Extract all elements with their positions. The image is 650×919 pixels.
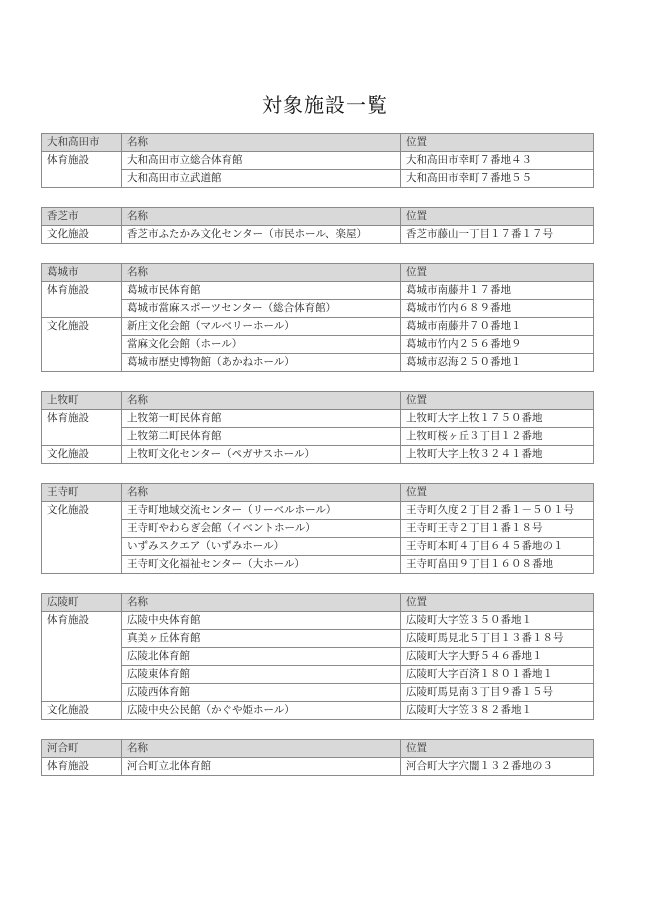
facility-category: 文化施設 bbox=[42, 318, 122, 372]
facility-category: 体育施設 bbox=[42, 758, 122, 776]
table-row: 体育施設 広陵中央体育館 広陵町大字笠３５０番地１ bbox=[42, 612, 594, 630]
municipality-name: 王寺町 bbox=[42, 484, 122, 502]
facility-name: 香芝市ふたかみ文化センター（市民ホール、楽屋） bbox=[122, 226, 401, 244]
facility-category: 体育施設 bbox=[42, 612, 122, 702]
table-row: 當麻文化会館（ホール） 葛城市竹内２５６番地９ bbox=[42, 336, 594, 354]
facility-location: 王寺町畠田９丁目１６０８番地 bbox=[401, 556, 594, 574]
column-header-location: 位置 bbox=[401, 594, 594, 612]
facility-name: 葛城市歴史博物館（あかねホール） bbox=[122, 354, 401, 372]
facility-category: 文化施設 bbox=[42, 226, 122, 244]
column-header-location: 位置 bbox=[401, 208, 594, 226]
municipality-name: 香芝市 bbox=[42, 208, 122, 226]
facility-location: 王寺町久度２丁目２番１－５０１号 bbox=[401, 502, 594, 520]
facility-location: 大和高田市幸町７番地４３ bbox=[401, 152, 594, 170]
column-header-location: 位置 bbox=[401, 392, 594, 410]
municipality-table: 上牧町 名称 位置 体育施設 上牧第一町民体育館 上牧町大字上牧１７５０番地 上… bbox=[41, 391, 594, 464]
facility-name: 広陵西体育館 bbox=[122, 684, 401, 702]
table-header-row: 河合町 名称 位置 bbox=[42, 740, 594, 758]
facility-location: 広陵町大字笠３８２番地１ bbox=[401, 702, 594, 720]
table-row: 文化施設 新庄文化会館（マルベリーホール） 葛城市南藤井７０番地１ bbox=[42, 318, 594, 336]
facility-location: 葛城市南藤井１７番地 bbox=[401, 282, 594, 300]
facility-category: 体育施設 bbox=[42, 152, 122, 188]
municipality-table: 王寺町 名称 位置 文化施設 王寺町地域交流センター（リーベルホール） 王寺町久… bbox=[41, 483, 594, 574]
facility-name: 王寺町文化福祉センター（大ホール） bbox=[122, 556, 401, 574]
table-row: 体育施設 葛城市民体育館 葛城市南藤井１７番地 bbox=[42, 282, 594, 300]
facility-name: 広陵中央体育館 bbox=[122, 612, 401, 630]
column-header-name: 名称 bbox=[122, 594, 401, 612]
municipality-name: 広陵町 bbox=[42, 594, 122, 612]
table-row: 上牧第二町民体育館 上牧町桜ヶ丘３丁目１２番地 bbox=[42, 428, 594, 446]
municipality-name: 上牧町 bbox=[42, 392, 122, 410]
table-row: 体育施設 上牧第一町民体育館 上牧町大字上牧１７５０番地 bbox=[42, 410, 594, 428]
column-header-name: 名称 bbox=[122, 134, 401, 152]
municipality-name: 葛城市 bbox=[42, 264, 122, 282]
facility-name: 上牧第二町民体育館 bbox=[122, 428, 401, 446]
facility-name: 新庄文化会館（マルベリーホール） bbox=[122, 318, 401, 336]
facility-name: 広陵東体育館 bbox=[122, 666, 401, 684]
municipality-table: 香芝市 名称 位置 文化施設 香芝市ふたかみ文化センター（市民ホール、楽屋） 香… bbox=[41, 207, 594, 244]
table-row: 文化施設 王寺町地域交流センター（リーベルホール） 王寺町久度２丁目２番１－５０… bbox=[42, 502, 594, 520]
facility-location: 河合町大字穴闇１３２番地の３ bbox=[401, 758, 594, 776]
facility-name: 広陵中央公民館（かぐや姫ホール） bbox=[122, 702, 401, 720]
facility-name: 広陵北体育館 bbox=[122, 648, 401, 666]
facility-location: 広陵町馬見南３丁目９番１５号 bbox=[401, 684, 594, 702]
table-row: 王寺町文化福祉センター（大ホール） 王寺町畠田９丁目１６０８番地 bbox=[42, 556, 594, 574]
table-header-row: 王寺町 名称 位置 bbox=[42, 484, 594, 502]
table-row: 文化施設 上牧町文化センター（ペガサスホール） 上牧町大字上牧３２４１番地 bbox=[42, 446, 594, 464]
table-row: 葛城市歴史博物館（あかねホール） 葛城市忍海２５０番地１ bbox=[42, 354, 594, 372]
facility-location: 上牧町大字上牧３２４１番地 bbox=[401, 446, 594, 464]
table-row: 広陵東体育館 広陵町大字百済１８０１番地１ bbox=[42, 666, 594, 684]
facility-name: 河合町立北体育館 bbox=[122, 758, 401, 776]
facility-name: 葛城市當麻スポーツセンター（総合体育館） bbox=[122, 300, 401, 318]
table-row: 文化施設 香芝市ふたかみ文化センター（市民ホール、楽屋） 香芝市藤山一丁目１７番… bbox=[42, 226, 594, 244]
column-header-name: 名称 bbox=[122, 392, 401, 410]
table-row: 広陵西体育館 広陵町馬見南３丁目９番１５号 bbox=[42, 684, 594, 702]
municipality-table: 広陵町 名称 位置 体育施設 広陵中央体育館 広陵町大字笠３５０番地１ 真美ヶ丘… bbox=[41, 593, 594, 720]
facility-name: 上牧町文化センター（ペガサスホール） bbox=[122, 446, 401, 464]
facility-name: 葛城市民体育館 bbox=[122, 282, 401, 300]
table-header-row: 大和高田市 名称 位置 bbox=[42, 134, 594, 152]
page-title: 対象施設一覧 bbox=[0, 89, 650, 118]
facility-category: 文化施設 bbox=[42, 502, 122, 574]
facility-location: 王寺町本町４丁目６４５番地の１ bbox=[401, 538, 594, 556]
table-row: 葛城市當麻スポーツセンター（総合体育館） 葛城市竹内６８９番地 bbox=[42, 300, 594, 318]
facility-name: いずみスクエア（いずみホール） bbox=[122, 538, 401, 556]
facility-location: 葛城市竹内６８９番地 bbox=[401, 300, 594, 318]
facility-location: 広陵町大字笠３５０番地１ bbox=[401, 612, 594, 630]
facility-location: 広陵町大字大野５４６番地１ bbox=[401, 648, 594, 666]
table-row: 文化施設 広陵中央公民館（かぐや姫ホール） 広陵町大字笠３８２番地１ bbox=[42, 702, 594, 720]
municipality-table: 大和高田市 名称 位置 体育施設 大和高田市立総合体育館 大和高田市幸町７番地４… bbox=[41, 133, 594, 188]
facility-name: 王寺町地域交流センター（リーベルホール） bbox=[122, 502, 401, 520]
municipality-name: 河合町 bbox=[42, 740, 122, 758]
facility-location: 上牧町大字上牧１７５０番地 bbox=[401, 410, 594, 428]
table-row: 真美ヶ丘体育館 広陵町馬見北５丁目１３番１８号 bbox=[42, 630, 594, 648]
table-header-row: 広陵町 名称 位置 bbox=[42, 594, 594, 612]
table-row: いずみスクエア（いずみホール） 王寺町本町４丁目６４５番地の１ bbox=[42, 538, 594, 556]
facility-location: 葛城市竹内２５６番地９ bbox=[401, 336, 594, 354]
facility-location: 上牧町桜ヶ丘３丁目１２番地 bbox=[401, 428, 594, 446]
facility-name: 大和高田市立武道館 bbox=[122, 170, 401, 188]
municipality-table: 河合町 名称 位置 体育施設 河合町立北体育館 河合町大字穴闇１３２番地の３ bbox=[41, 739, 594, 776]
table-row: 体育施設 大和高田市立総合体育館 大和高田市幸町７番地４３ bbox=[42, 152, 594, 170]
facility-name: 當麻文化会館（ホール） bbox=[122, 336, 401, 354]
table-header-row: 上牧町 名称 位置 bbox=[42, 392, 594, 410]
column-header-location: 位置 bbox=[401, 740, 594, 758]
table-header-row: 葛城市 名称 位置 bbox=[42, 264, 594, 282]
facility-location: 広陵町馬見北５丁目１３番１８号 bbox=[401, 630, 594, 648]
facility-location: 王寺町王寺２丁目１番１８号 bbox=[401, 520, 594, 538]
facility-location: 葛城市忍海２５０番地１ bbox=[401, 354, 594, 372]
table-row: 体育施設 河合町立北体育館 河合町大字穴闇１３２番地の３ bbox=[42, 758, 594, 776]
column-header-name: 名称 bbox=[122, 208, 401, 226]
municipality-name: 大和高田市 bbox=[42, 134, 122, 152]
facility-name: 真美ヶ丘体育館 bbox=[122, 630, 401, 648]
facility-category: 文化施設 bbox=[42, 702, 122, 720]
facility-location: 葛城市南藤井７０番地１ bbox=[401, 318, 594, 336]
facility-tables: 大和高田市 名称 位置 体育施設 大和高田市立総合体育館 大和高田市幸町７番地４… bbox=[41, 133, 593, 795]
table-row: 大和高田市立武道館 大和高田市幸町７番地５５ bbox=[42, 170, 594, 188]
table-header-row: 香芝市 名称 位置 bbox=[42, 208, 594, 226]
table-row: 広陵北体育館 広陵町大字大野５４６番地１ bbox=[42, 648, 594, 666]
facility-name: 王寺町やわらぎ会館（イベントホール） bbox=[122, 520, 401, 538]
facility-name: 大和高田市立総合体育館 bbox=[122, 152, 401, 170]
facility-category: 文化施設 bbox=[42, 446, 122, 464]
column-header-location: 位置 bbox=[401, 134, 594, 152]
column-header-location: 位置 bbox=[401, 484, 594, 502]
column-header-location: 位置 bbox=[401, 264, 594, 282]
column-header-name: 名称 bbox=[122, 264, 401, 282]
facility-location: 広陵町大字百済１８０１番地１ bbox=[401, 666, 594, 684]
municipality-table: 葛城市 名称 位置 体育施設 葛城市民体育館 葛城市南藤井１７番地 葛城市當麻ス… bbox=[41, 263, 594, 372]
column-header-name: 名称 bbox=[122, 484, 401, 502]
facility-category: 体育施設 bbox=[42, 282, 122, 318]
table-row: 王寺町やわらぎ会館（イベントホール） 王寺町王寺２丁目１番１８号 bbox=[42, 520, 594, 538]
facility-location: 香芝市藤山一丁目１７番１７号 bbox=[401, 226, 594, 244]
column-header-name: 名称 bbox=[122, 740, 401, 758]
facility-category: 体育施設 bbox=[42, 410, 122, 446]
facility-location: 大和高田市幸町７番地５５ bbox=[401, 170, 594, 188]
facility-name: 上牧第一町民体育館 bbox=[122, 410, 401, 428]
